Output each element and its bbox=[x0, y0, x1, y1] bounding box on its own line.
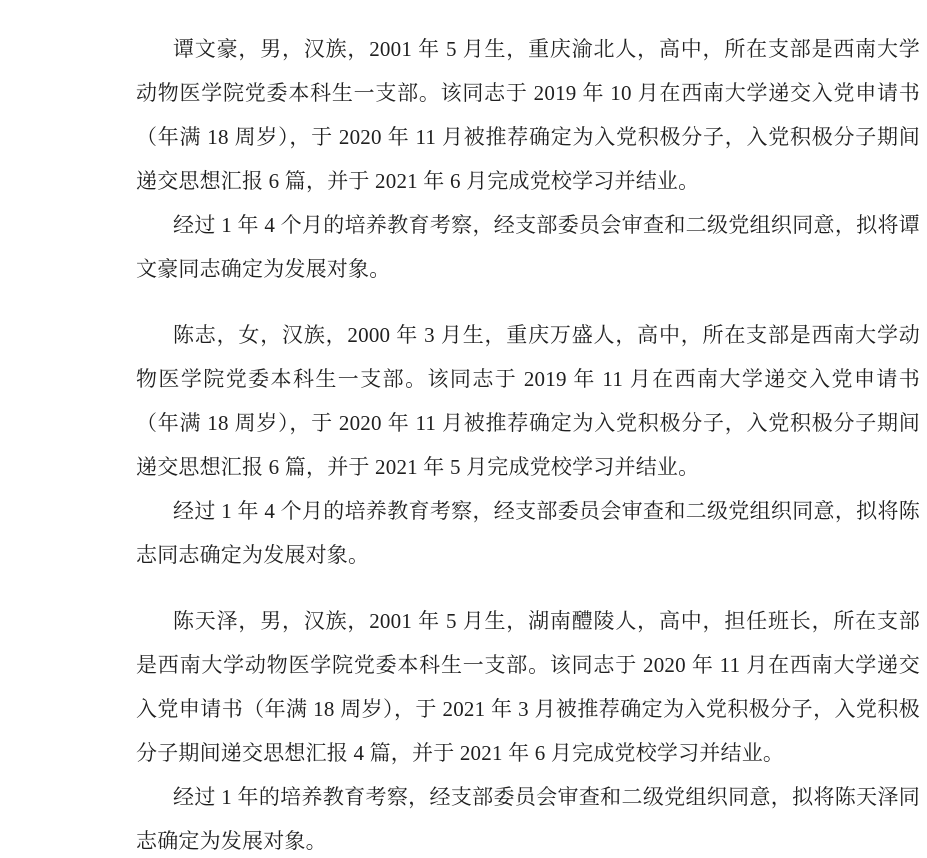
paragraph-tan-wenhao-profile: 谭文豪，男，汉族，2001 年 5 月生，重庆渝北人，高中，所在支部是西南大学动… bbox=[136, 27, 920, 203]
paragraph-tan-wenhao-decision: 经过 1 年 4 个月的培养教育考察，经支部委员会审查和二级党组织同意，拟将谭文… bbox=[136, 203, 920, 291]
section-spacer bbox=[136, 291, 920, 313]
document-body: 谭文豪，男，汉族，2001 年 5 月生，重庆渝北人，高中，所在支部是西南大学动… bbox=[136, 27, 920, 858]
paragraph-chen-zhi-profile: 陈志，女，汉族，2000 年 3 月生，重庆万盛人，高中，所在支部是西南大学动物… bbox=[136, 313, 920, 489]
paragraph-chen-zhi-decision: 经过 1 年 4 个月的培养教育考察，经支部委员会审查和二级党组织同意，拟将陈志… bbox=[136, 489, 920, 577]
section-spacer bbox=[136, 577, 920, 599]
document-page: 谭文豪，男，汉族，2001 年 5 月生，重庆渝北人，高中，所在支部是西南大学动… bbox=[0, 0, 927, 858]
paragraph-chen-tianze-decision: 经过 1 年的培养教育考察，经支部委员会审查和二级党组织同意，拟将陈天泽同志确定… bbox=[136, 775, 920, 858]
paragraph-chen-tianze-profile: 陈天泽，男，汉族，2001 年 5 月生，湖南醴陵人，高中，担任班长，所在支部是… bbox=[136, 599, 920, 775]
